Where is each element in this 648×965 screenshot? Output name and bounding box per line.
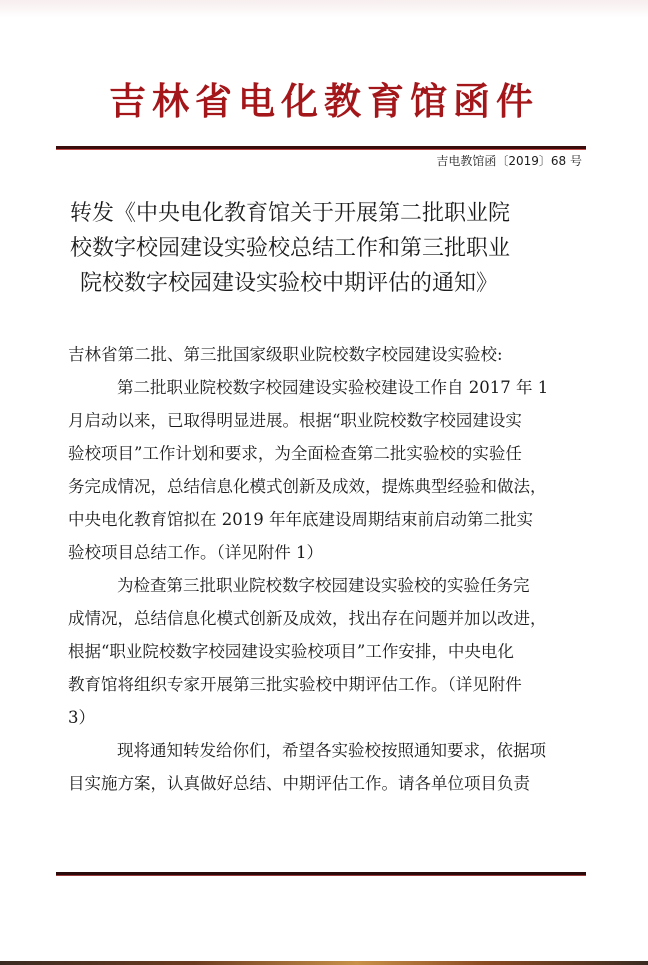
paragraph-line: 目实施方案，认真做好总结、中期评估工作。请各单位项目负责 — [68, 767, 594, 800]
title-line: 转发《中央电化教育馆关于开展第二批职业院 — [70, 196, 590, 231]
paragraph-line: 根据“职业院校数字校园建设实验校项目”工作安排，中央电化 — [68, 635, 594, 668]
document-number: 吉电教馆函〔2019〕68 号 — [436, 152, 582, 169]
letterhead-title: 吉林省电化教育馆函件 — [0, 78, 648, 124]
paragraph-line: 中央电化教育馆拟在 2019 年年底建设周期结束前启动第二批实 — [68, 503, 594, 536]
paragraph-line: 第二批职业院校数字校园建设实验校建设工作自 2017 年 1 — [84, 371, 594, 404]
salutation: 吉林省第二批、第三批国家级职业院校数字校园建设实验校: — [68, 338, 594, 371]
paragraph-line: 现将通知转发给你们，希望各实验校按照通知要求，依据项 — [84, 734, 594, 767]
document-body: 吉林省第二批、第三批国家级职业院校数字校园建设实验校: 第二批职业院校数字校园建… — [84, 338, 594, 800]
page-footer-divider — [56, 872, 586, 875]
title-line: 校数字校园建设实验校总结工作和第三批职业 — [70, 231, 590, 266]
paragraph-line: 教育馆将组织专家开展第三批实验校中期评估工作。（详见附件 — [68, 668, 594, 701]
paragraph-line: 为检查第三批职业院校数字校园建设实验校的实验任务完 — [84, 569, 594, 602]
paragraph-line: 验校项目总结工作。（详见附件 1） — [68, 536, 594, 569]
paragraph-line: 验校项目”工作计划和要求，为全面检查第二批实验校的实验任 — [68, 437, 594, 470]
paragraph-line: 月启动以来，已取得明显进展。根据“职业院校数字校园建设实 — [68, 404, 594, 437]
paragraph-line: 成情况，总结信息化模式创新及成效，找出存在问题并加以改进， — [68, 602, 594, 635]
paragraph-line: 3） — [68, 701, 594, 734]
paragraph-line: 务完成情况，总结信息化模式创新及成效，提炼典型经验和做法， — [68, 470, 594, 503]
title-line: 院校数字校园建设实验校中期评估的通知》 — [70, 266, 590, 301]
letterhead-divider — [56, 146, 586, 149]
document-page: 吉林省电化教育馆函件 吉电教馆函〔2019〕68 号 转发《中央电化教育馆关于开… — [0, 0, 648, 965]
document-title: 转发《中央电化教育馆关于开展第二批职业院 校数字校园建设实验校总结工作和第三批职… — [70, 196, 590, 301]
scan-edge — [0, 961, 648, 965]
